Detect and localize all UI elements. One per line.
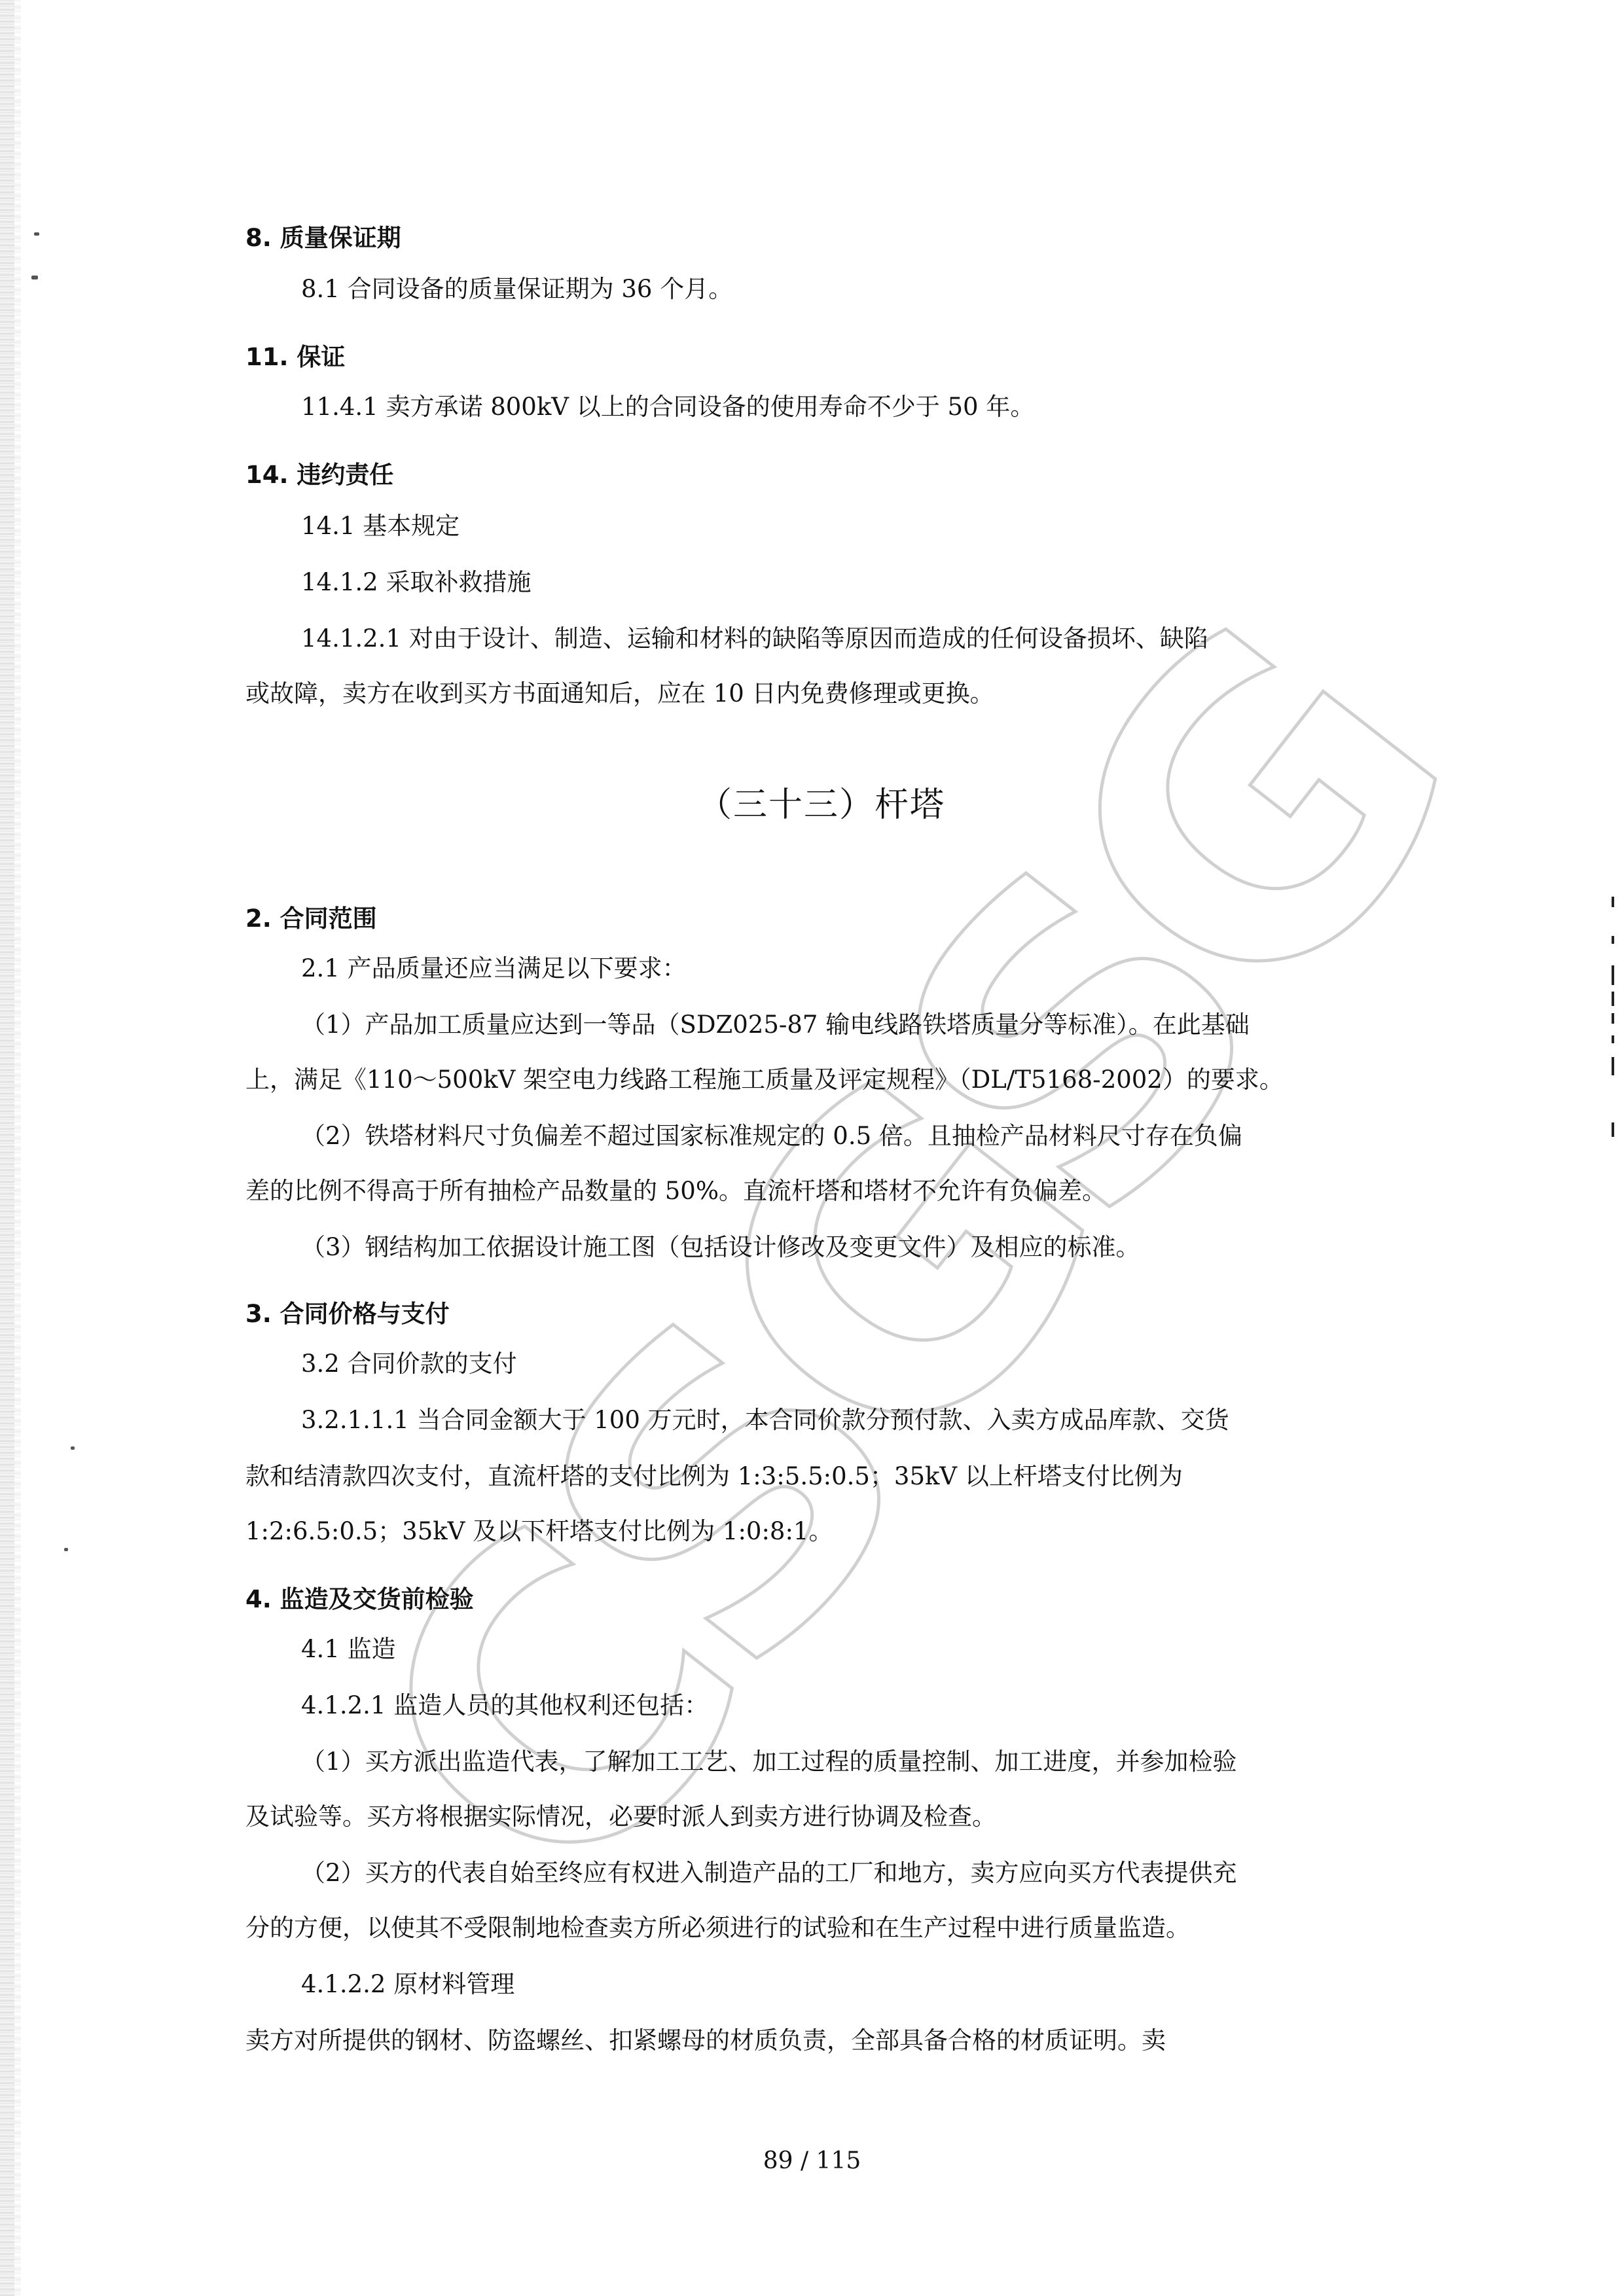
paragraph-line: 分的方便，以使其不受限制地检查卖方所必须进行的试验和在生产过程中进行质量监造。 [245,1912,1190,1944]
section-heading: 2. 合同范围 [245,903,377,935]
paragraph-line: 或故障，卖方在收到买方书面通知后，应在 10 日内免费修理或更换。 [245,678,994,709]
section-heading: 3. 合同价格与支付 [245,1299,450,1330]
page-number: 89 / 115 [0,2147,1624,2176]
paragraph-line: （2）铁塔材料尺寸负偏差不超过国家标准规定的 0.5 倍。且抽检产品材料尺寸存在… [301,1121,1242,1152]
scan-edge-artifact [0,0,14,2296]
paragraph-line: 8.1 合同设备的质量保证期为 36 个月。 [301,274,732,305]
paragraph-line: 及试验等。买方将根据实际情况，必要时派人到卖方进行协调及检查。 [245,1801,996,1833]
paragraph-line: 3.2.1.1.1 当合同金额大于 100 万元时，本合同价款分预付款、入卖方成… [301,1405,1229,1436]
scan-speck [34,232,39,236]
paragraph-line: （1）买方派出监造代表，了解加工工艺、加工过程的质量控制、加工进度，并参加检验 [301,1746,1237,1778]
scan-speck [31,276,38,279]
paragraph-line: 3.2 合同价款的支付 [301,1348,517,1380]
section-title: （三十三）杆塔 [245,784,1398,826]
paragraph-line: （1）产品加工质量应达到一等品（SDZ025-87 输电线路铁塔质量分等标准）。… [301,1009,1250,1041]
scan-speck [71,1446,75,1450]
paragraph-line: 4.1.2.1 监造人员的其他权利还包括： [301,1690,708,1721]
paragraph-line: 款和结清款四次支付，直流杆塔的支付比例为 1:3:5.5:0.5；35kV 以上… [245,1461,1183,1492]
section-heading: 11. 保证 [245,342,345,373]
binding-marks [1612,897,1615,1172]
paragraph-line: 1:2:6.5:0.5；35kV 及以下杆塔支付比例为 1:0:8:1。 [245,1516,833,1547]
paragraph-line: 4.1 监造 [301,1634,396,1665]
scan-edge-artifact-inner [14,0,21,2296]
paragraph-line: （3）钢结构加工依据设计施工图（包括设计修改及变更文件）及相应的标准。 [301,1232,1140,1263]
paragraph-line: （2）买方的代表自始至终应有权进入制造产品的工厂和地方，卖方应向买方代表提供充 [301,1857,1237,1889]
paragraph-line: 14.1.2 采取补救措施 [301,567,531,598]
scan-speck [64,1548,68,1551]
section-heading: 14. 违约责任 [245,459,393,491]
paragraph-line: 上，满足《110～500kV 架空电力线路工程施工质量及评定规程》（DL/T51… [245,1064,1284,1096]
paragraph-line: 差的比例不得高于所有抽检产品数量的 50%。直流杆塔和塔材不允许有负偏差。 [245,1175,1106,1207]
paragraph-line: 14.1 基本规定 [301,511,460,542]
section-heading: 4. 监造及交货前检验 [245,1584,474,1615]
paragraph-line: 14.1.2.1 对由于设计、制造、运输和材料的缺陷等原因而造成的任何设备损坏、… [301,623,1208,655]
paragraph-line: 4.1.2.2 原材料管理 [301,1969,514,2000]
section-heading: 8. 质量保证期 [245,223,401,254]
paragraph-line: 2.1 产品质量还应当满足以下要求： [301,953,687,984]
paragraph-line: 卖方对所提供的钢材、防盗螺丝、扣紧螺母的材质负责，全部具备合格的材质证明。卖 [245,2025,1166,2056]
paragraph-line: 11.4.1 卖方承诺 800kV 以上的合同设备的使用寿命不少于 50 年。 [301,391,1034,423]
